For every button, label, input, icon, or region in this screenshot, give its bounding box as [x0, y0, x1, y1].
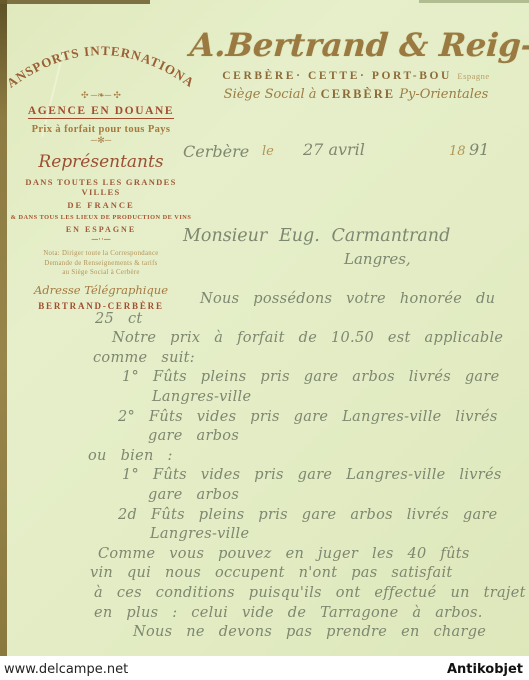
- letter-body-line: Langres-ville: [150, 525, 529, 545]
- ornament-dots-icon: ─··─: [10, 235, 192, 244]
- siege-prefix: Siège Social à: [224, 87, 321, 102]
- agence-en-douane-label: AGENCE EN DOUANE: [28, 105, 174, 119]
- production-vins-label: & DANS TOUS LES LIEUX DE PRODUCTION DE V…: [10, 214, 192, 221]
- date-place: Cerbère: [183, 142, 249, 161]
- watermark-antikobjet: Antikobjet: [447, 662, 523, 677]
- letter-body-line: comme suit:: [93, 349, 529, 369]
- cities-main: CERBÈRE· CETTE· PORT-BOU: [222, 70, 452, 82]
- letter-body: Nous possédons votre honorée du25 ctNotr…: [0, 290, 529, 643]
- ornament-flourish-icon: ✣ ─❧─ ✣: [10, 91, 192, 100]
- grandes-villes-label: DANS TOUTES LES GRANDES VILLES: [10, 177, 192, 197]
- letter-body-line: 25 ct: [95, 310, 529, 330]
- siege-social-line: Siège Social à CERBÈRE Py-Orientales: [190, 86, 522, 102]
- watermark-delcampe: www.delcampe.net: [4, 662, 128, 677]
- letter-body-line: Comme vous pouvez en juger les 40 fûts: [98, 545, 529, 565]
- siege-suffix: Py-Orientales: [395, 87, 488, 102]
- watermark-strip: www.delcampe.net Antikobjet: [0, 656, 529, 680]
- arc-title-svg: TRANSPORTS INTERNATIONAUX: [10, 24, 192, 90]
- nota-line-1: Nota: Diriger toute la Correspondance: [10, 250, 192, 257]
- letter-body-line: ou bien :: [88, 447, 529, 467]
- de-france-label: DE FRANCE: [10, 200, 192, 210]
- cities-espagne: Espagne: [457, 71, 489, 81]
- letterhead-right: A.Bertrand & Reig-Py CERBÈRE· CETTE· POR…: [190, 26, 522, 102]
- letter-body-line: gare arbos: [148, 486, 529, 506]
- arc-title: TRANSPORTS INTERNATIONAUX: [10, 24, 192, 90]
- letter-body-line: Nous possédons votre honorée du: [200, 290, 529, 310]
- date-le-printed: le: [262, 144, 274, 159]
- siege-cerbere: CERBÈRE: [321, 87, 395, 101]
- letter-body-line: Nous ne devons pas prendre en charge: [133, 623, 529, 643]
- letter-body-line: Notre prix à forfait de 10.50 est applic…: [112, 329, 529, 349]
- recipient-name: Monsieur Eug. Carmantrand: [183, 226, 450, 246]
- letter-scan-page: TRANSPORTS INTERNATIONAUX ✣ ─❧─ ✣ AGENCE…: [0, 0, 529, 680]
- letter-body-line: en plus : celui vide de Tarragone à arbo…: [94, 604, 529, 624]
- company-name: A.Bertrand & Reig-Py: [189, 26, 524, 64]
- date-year: 91: [469, 140, 489, 159]
- letter-body-line: gare arbos: [148, 427, 529, 447]
- letter-body-line: 2d Fûts pleins pris gare arbos livrés ga…: [118, 506, 529, 526]
- letter-body-line: 1° Fûts vides pris gare Langres-ville li…: [122, 466, 529, 486]
- letter-body-line: 1° Fûts pleins pris gare arbos livrés ga…: [122, 368, 529, 388]
- nota-line-3: au Siège Social à Cerbère: [10, 269, 192, 276]
- en-espagne-label: EN ESPAGNE: [10, 225, 192, 234]
- letter-body-line: vin qui nous occupent n'ont pas satisfai…: [90, 564, 529, 584]
- date-century-printed: 18: [449, 144, 466, 159]
- recipient-city: Langres,: [344, 250, 411, 268]
- scan-edge-top: [0, 0, 150, 4]
- letter-body-line: Langres-ville: [152, 388, 529, 408]
- date-line: Cerbère le 27 avril 18 91: [0, 142, 529, 166]
- nota-line-2: Demande de Renseignements & tarifs: [10, 260, 192, 267]
- forfait-label: Prix à forfait pour tous Pays: [10, 124, 192, 135]
- company-cities: CERBÈRE· CETTE· PORT-BOU Espagne: [190, 70, 522, 82]
- svg-text:TRANSPORTS INTERNATIONAUX: TRANSPORTS INTERNATIONAUX: [4, 12, 198, 91]
- letter-body-line: 2° Fûts vides pris gare Langres-ville li…: [118, 408, 529, 428]
- date-day-month: 27 avril: [303, 140, 365, 159]
- letterhead-left: TRANSPORTS INTERNATIONAUX ✣ ─❧─ ✣ AGENCE…: [10, 24, 192, 311]
- scan-edge-top-right: [419, 0, 529, 3]
- letter-body-line: à ces conditions puisqu'ils ont effectué…: [94, 584, 529, 604]
